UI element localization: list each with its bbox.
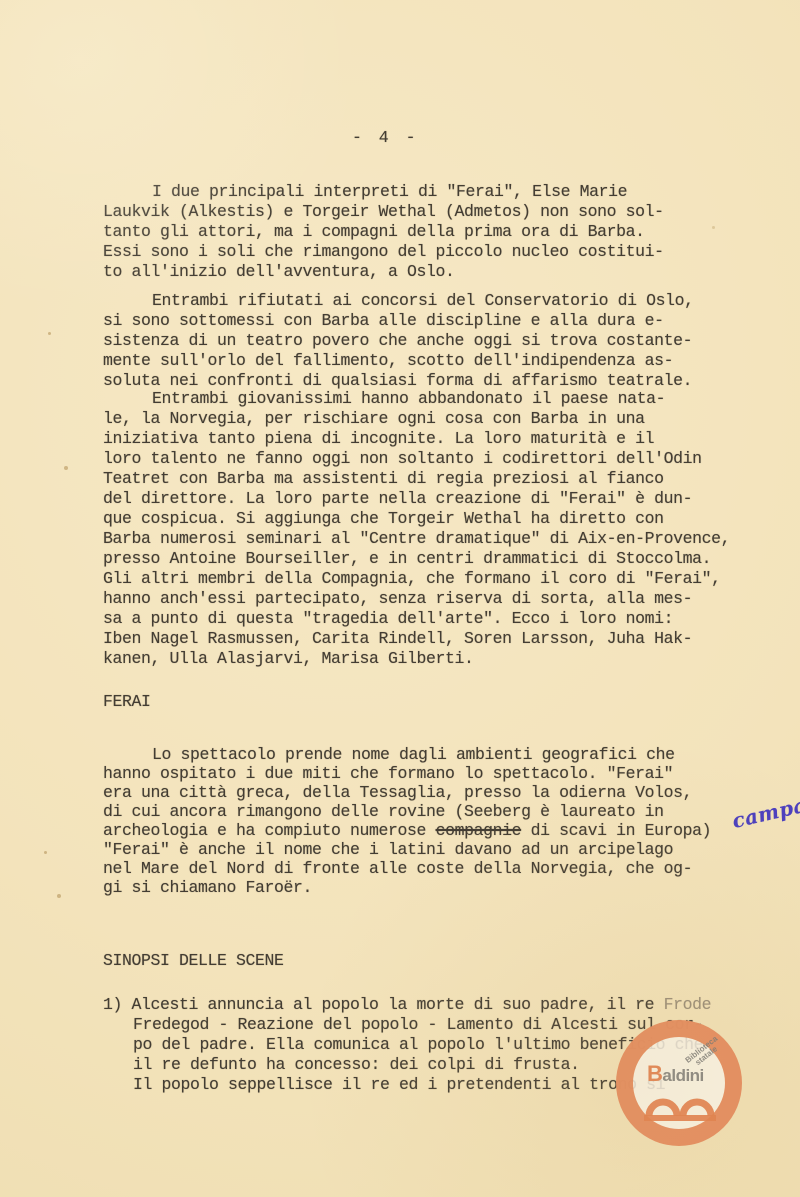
typed-line: mente sull'orlo del fallimento, scotto d… <box>103 351 783 371</box>
paragraph-1: I due principali interpreti di "Ferai", … <box>103 182 783 282</box>
typed-line: gi si chiamano Faroër. <box>103 878 783 897</box>
typed-line: presso Antoine Bourseiller, e in centri … <box>103 549 783 569</box>
paragraph-4: Lo spettacolo prende nome dagli ambienti… <box>103 745 783 897</box>
typed-line: Gli altri membri della Compagnia, che fo… <box>103 569 783 589</box>
section-heading-ferai: FERAI <box>103 692 151 711</box>
typed-line: Entrambi rifiutati ai concorsi del Conse… <box>103 291 783 311</box>
typed-line: hanno ospitato i due miti che formano lo… <box>103 764 783 783</box>
stamp-baldini-wordmark: Baldini <box>647 1061 704 1087</box>
paragraph-2: Entrambi rifiutati ai concorsi del Conse… <box>103 291 783 391</box>
typed-line: hanno anch'essi partecipato, senza riser… <box>103 589 783 609</box>
typed-line: Essi sono i soli che rimangono del picco… <box>103 242 783 262</box>
typed-line: Laukvik (Alkestis) e Torgeir Wethal (Adm… <box>103 202 783 222</box>
typed-line: Entrambi giovanissimi hanno abbandonato … <box>103 389 783 409</box>
typed-line: del direttore. La loro parte nella creaz… <box>103 489 783 509</box>
typed-line: nel Mare del Nord di fronte alle coste d… <box>103 859 783 878</box>
typed-line: Barba numerosi seminari al "Centre drama… <box>103 529 783 549</box>
faded-word: Frode <box>664 995 712 1014</box>
paper-speck <box>44 851 47 854</box>
paper-speck <box>57 894 61 898</box>
typed-line: "Ferai" è anche il nome che i latini dav… <box>103 840 783 859</box>
paragraph-3: Entrambi giovanissimi hanno abbandonato … <box>103 389 783 669</box>
typed-line: sa a punto di questa "tragedia dell'arte… <box>103 609 783 629</box>
stamp-name-rest: aldini <box>662 1066 703 1085</box>
typed-line: di cui ancora rimangono delle rovine (Se… <box>103 802 783 821</box>
typed-line: tanto gli attori, ma i compagni della pr… <box>103 222 783 242</box>
paper-speck <box>64 466 68 470</box>
typed-line: Lo spettacolo prende nome dagli ambienti… <box>103 745 783 764</box>
typed-line: to all'inizio dell'avventura, a Oslo. <box>103 262 783 282</box>
open-book-icon <box>644 1085 716 1123</box>
section-heading-sinopsi: SINOPSI DELLE SCENE <box>103 951 284 970</box>
typed-line: le, la Norvegia, per rischiare ogni cosa… <box>103 409 783 429</box>
typed-line: 1) Alcesti annuncia al popolo la morte d… <box>103 995 783 1015</box>
typed-line: Iben Nagel Rasmussen, Carita Rindell, So… <box>103 629 783 649</box>
typed-line: que cospicua. Si aggiunga che Torgeir We… <box>103 509 783 529</box>
paper-speck <box>48 332 51 335</box>
typed-text: archeologia e ha compiuto numerose <box>103 821 436 840</box>
typed-line: si sono sottomessi con Barba alle discip… <box>103 311 783 331</box>
typed-line: iniziativa tanto piena di incognite. La … <box>103 429 783 449</box>
typed-line: kanen, Ulla Alasjarvi, Marisa Gilberti. <box>103 649 783 669</box>
typed-line: era una città greca, della Tessaglia, pr… <box>103 783 783 802</box>
typed-text: di scavi in Europa) <box>521 821 711 840</box>
typed-line: soluta nei confronti di qualsiasi forma … <box>103 371 783 391</box>
stamp-initial: B <box>647 1061 662 1086</box>
typed-line: loro talento ne fanno oggi non soltanto … <box>103 449 783 469</box>
document-page: - 4 - I due principali interpreti di "Fe… <box>0 0 800 1197</box>
typed-line: Teatret con Barba ma assistenti di regia… <box>103 469 783 489</box>
typed-line: sistenza di un teatro povero che anche o… <box>103 331 783 351</box>
typed-text: 1) Alcesti annuncia al popolo la morte d… <box>103 995 664 1014</box>
struck-word: compagnie <box>436 821 522 840</box>
library-stamp: Biblioteca statale Baldini <box>616 1020 742 1146</box>
paper-speck <box>712 226 715 229</box>
page-number: - 4 - <box>352 128 419 147</box>
typed-line-with-correction: archeologia e ha compiuto numerose compa… <box>103 821 783 840</box>
typed-line: I due principali interpreti di "Ferai", … <box>103 182 783 202</box>
